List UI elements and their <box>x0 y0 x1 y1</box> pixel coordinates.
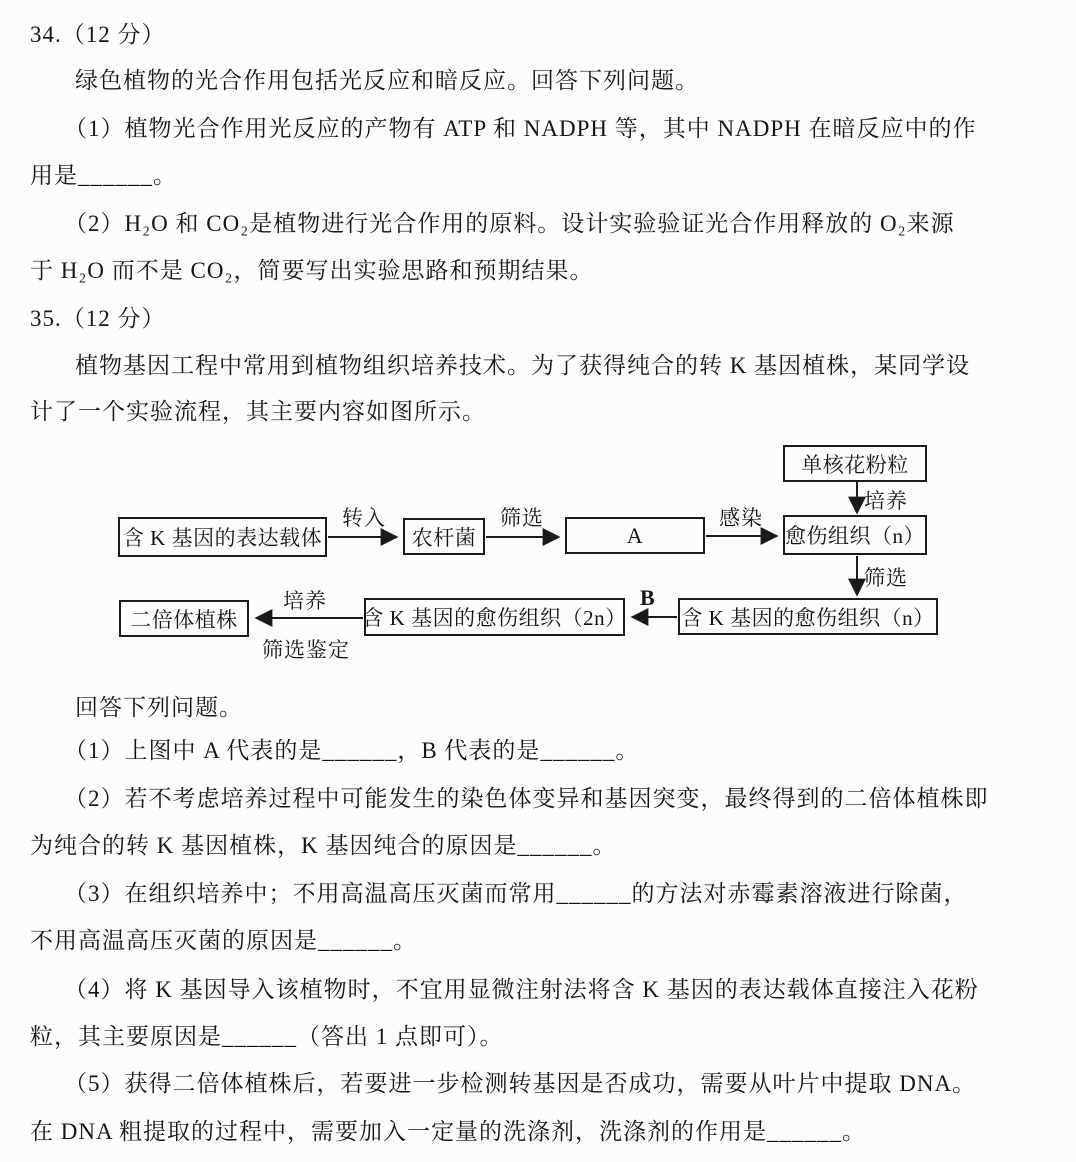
diagram-label-b: B <box>640 585 655 611</box>
q34-item2-line1: （2）H₂O 和 CO₂是植物进行光合作用的原料。设计实验验证光合作用释放的 O… <box>64 211 955 237</box>
diagram-label-screen-identify: 筛选鉴定 <box>262 634 350 664</box>
experiment-flow-diagram: 单核花粉粒 含 K 基因的表达载体 农杆菌 A 愈伤组织（n） 含 K 基因的愈… <box>0 440 1076 675</box>
q34-header: 34.（12 分） <box>30 22 166 48</box>
q34-item1-line1: （1）植物光合作用光反应的产物有 ATP 和 NADPH 等，其中 NADPH … <box>64 116 977 142</box>
q34-item1-line2: 用是______。 <box>30 163 177 189</box>
diagram-box-a: A <box>565 517 705 554</box>
q35-item3-line2: 不用高温高压灭菌的原因是______。 <box>30 928 417 954</box>
diagram-box-vector: 含 K 基因的表达载体 <box>118 517 327 557</box>
exam-page: 34.（12 分） 绿色植物的光合作用包括光反应和暗反应。回答下列问题。 （1）… <box>0 0 1076 1162</box>
q35-item5-line2: 在 DNA 粗提取的过程中，需要加入一定量的洗涤剂，洗涤剂的作用是______。 <box>30 1119 866 1145</box>
q35-item1: （1）上图中 A 代表的是______，B 代表的是______。 <box>64 738 639 764</box>
diagram-box-callus-k-n: 含 K 基因的愈伤组织（n） <box>678 598 938 635</box>
q35-answer-prompt: 回答下列问题。 <box>75 695 243 721</box>
q35-intro-line2: 计了一个实验流程，其主要内容如图所示。 <box>30 399 486 425</box>
q35-item2-line2: 为纯合的转 K 基因植株，K 基因纯合的原因是______。 <box>30 833 616 859</box>
q34-item2-line2: 于 H₂O 而不是 CO₂，简要写出实验思路和预期结果。 <box>30 258 593 284</box>
diagram-label-culture2: 培养 <box>283 585 327 615</box>
diagram-box-agrobacterium: 农杆菌 <box>403 518 485 555</box>
diagram-box-callus-n: 愈伤组织（n） <box>783 515 927 555</box>
diagram-box-diploid: 二倍体植株 <box>119 600 249 637</box>
q35-item2-line1: （2）若不考虑培养过程中可能发生的染色体变异和基因突变，最终得到的二倍体植株即 <box>64 786 989 812</box>
q35-item5-line1: （5）获得二倍体植株后，若要进一步检测转基因是否成功，需要从叶片中提取 DNA。 <box>64 1071 976 1097</box>
q35-item4-line2: 粒，其主要原因是______（答出 1 点即可）。 <box>30 1024 504 1050</box>
diagram-box-callus-k-2n: 含 K 基因的愈伤组织（2n） <box>364 598 625 636</box>
q35-header: 35.（12 分） <box>30 306 166 332</box>
diagram-label-culture1: 培养 <box>864 485 908 515</box>
q35-item4-line1: （4）将 K 基因导入该植物时，不宜用显微注射法将含 K 基因的表达载体直接注入… <box>64 977 979 1003</box>
diagram-label-infect: 感染 <box>719 502 763 532</box>
q34-intro: 绿色植物的光合作用包括光反应和暗反应。回答下列问题。 <box>75 68 699 94</box>
diagram-label-screen1: 筛选 <box>500 502 544 532</box>
diagram-label-screen2: 筛选 <box>864 562 908 592</box>
diagram-label-transfer: 转入 <box>342 502 386 532</box>
diagram-box-pollen: 单核花粉粒 <box>783 445 927 482</box>
q35-intro-line1: 植物基因工程中常用到植物组织培养技术。为了获得纯合的转 K 基因植株，某同学设 <box>75 353 970 379</box>
q35-item3-line1: （3）在组织培养中；不用高温高压灭菌而常用______的方法对赤霉素溶液进行除菌… <box>64 881 968 907</box>
